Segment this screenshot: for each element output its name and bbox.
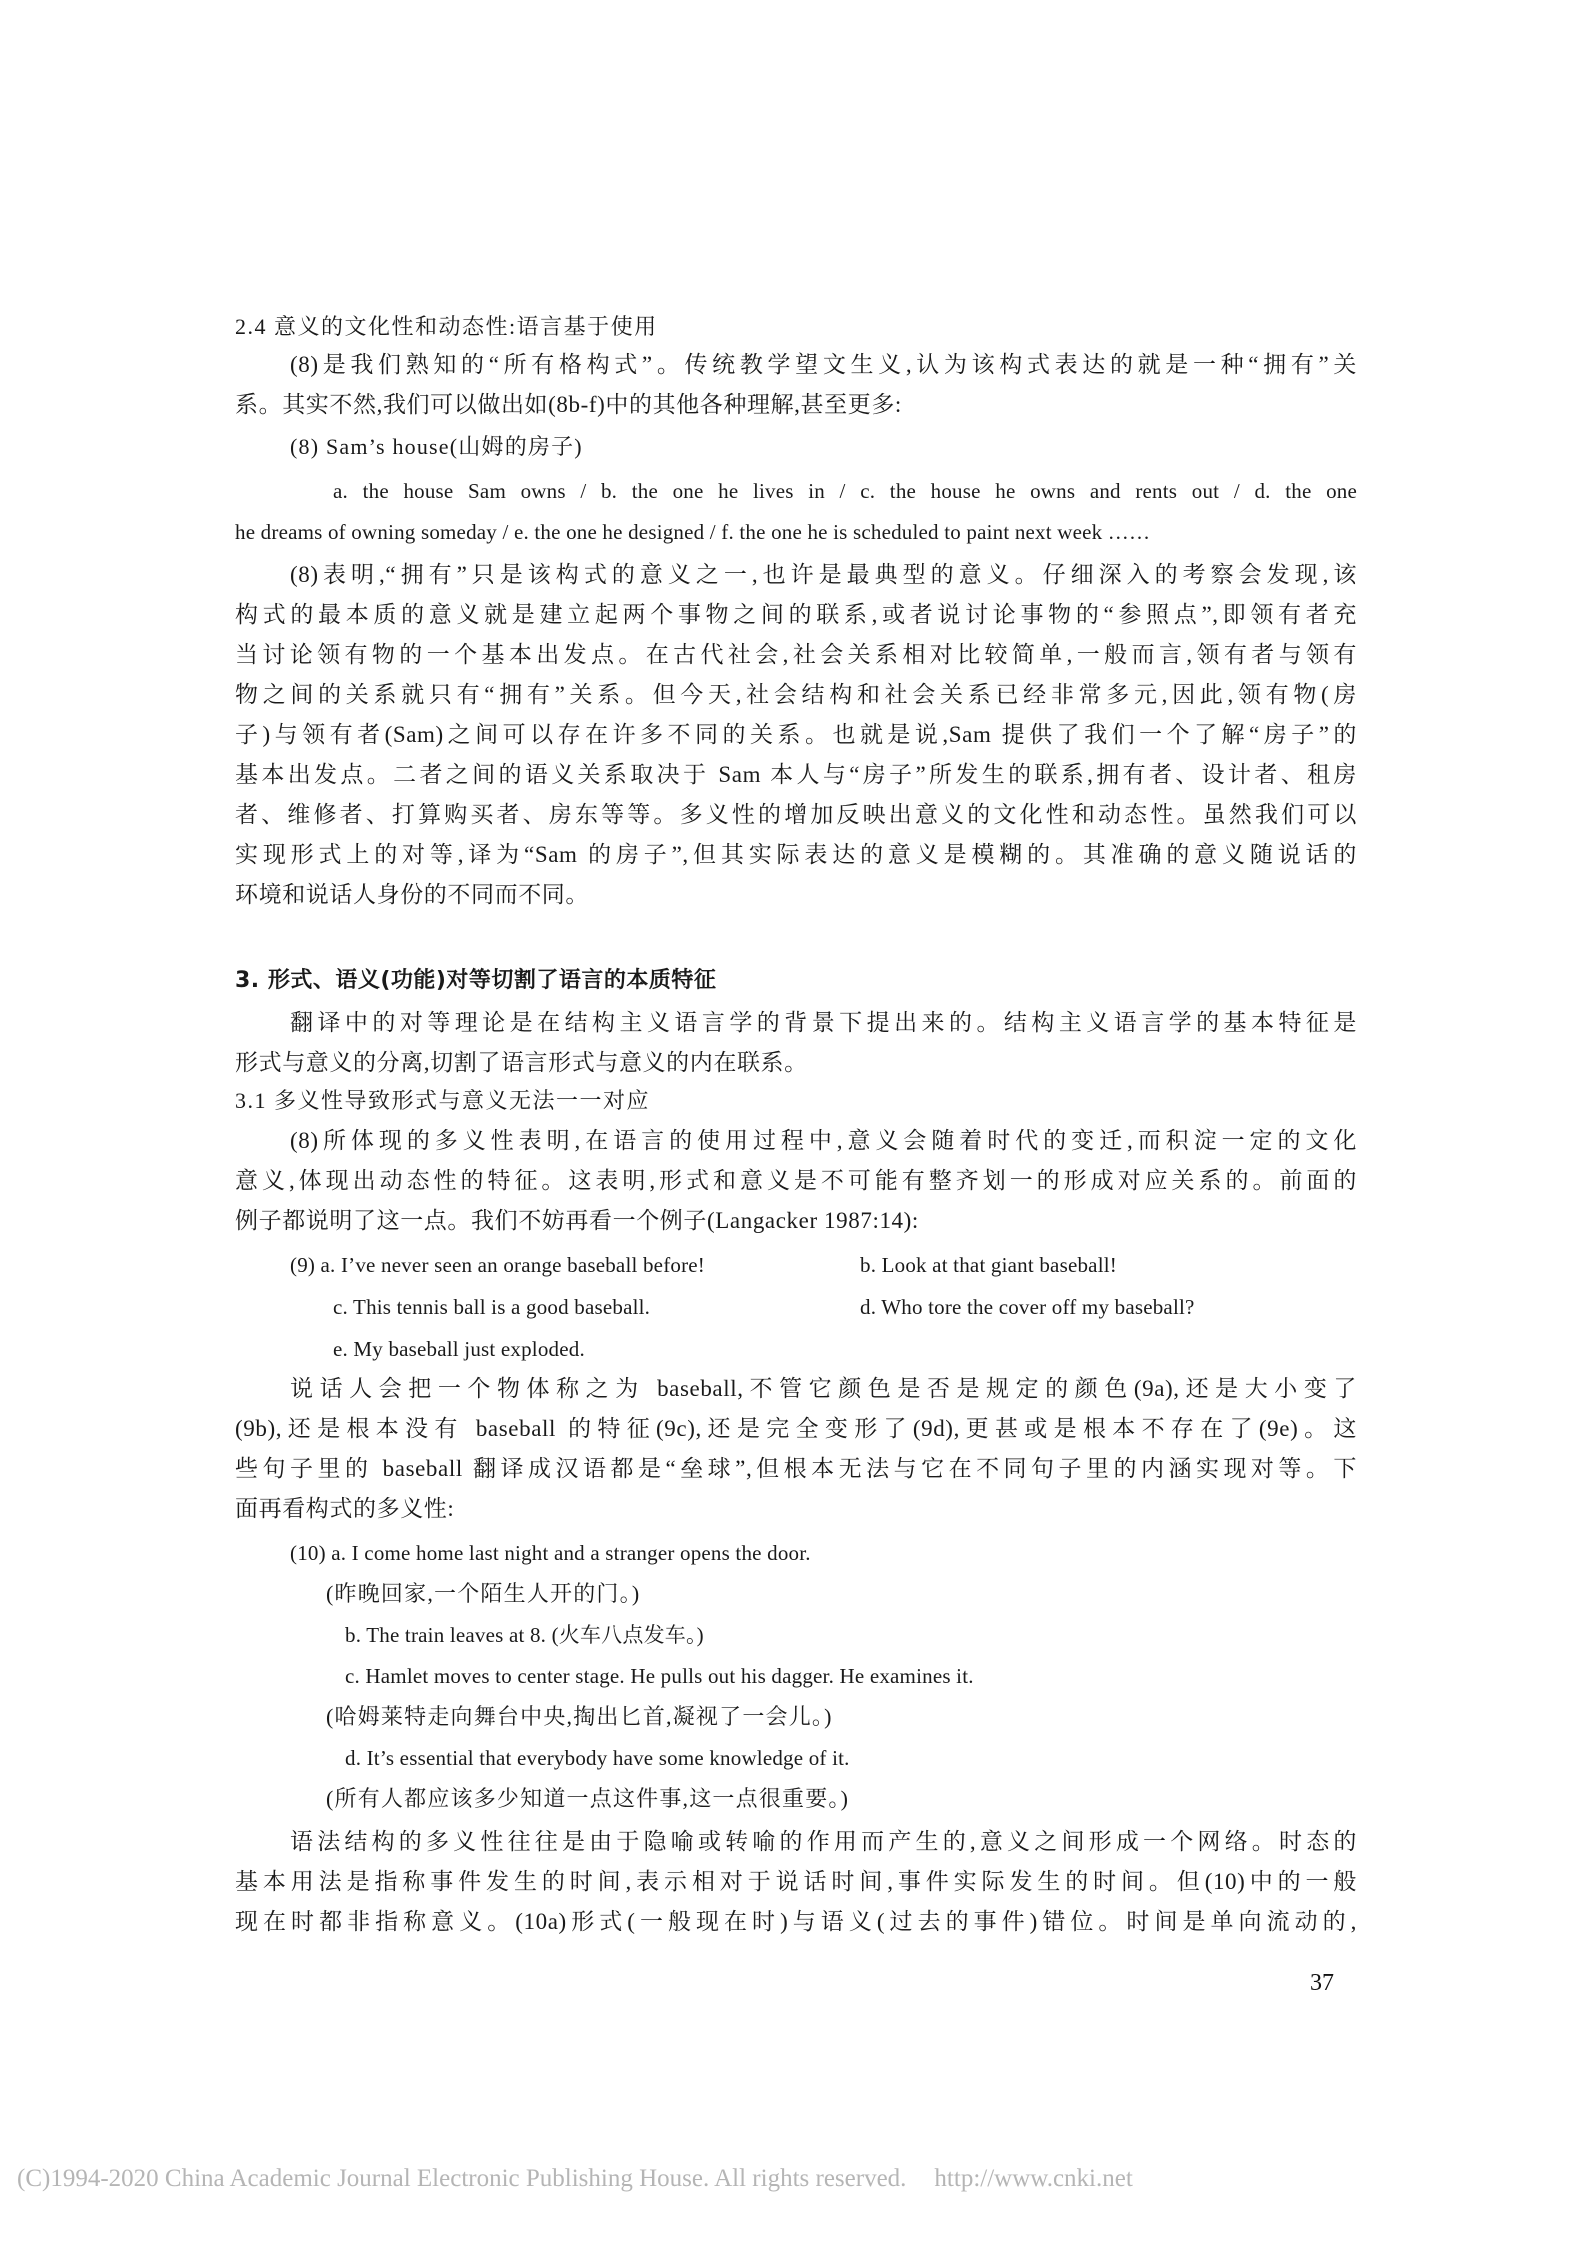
paragraph-line: 说话人会把一个物体称之为 baseball,不管它颜色是否是规定的颜色(9a),… [290, 1374, 1357, 1404]
paragraph-line: (8)表明,“拥有”只是该构式的意义之一,也许是最典型的意义。仔细深入的考察会发… [290, 560, 1357, 590]
paragraph-line: 意义,体现出动态性的特征。这表明,形式和意义是不可能有整齐划一的形成对应关系的。… [235, 1166, 1357, 1196]
journal-page: 2.4 意义的文化性和动态性:语言基于使用 (8)是我们熟知的“所有格构式”。传… [0, 0, 1587, 2245]
example-9b: b. Look at that giant baseball! [860, 1250, 1117, 1280]
paragraph-line: (8)所体现的多义性表明,在语言的使用过程中,意义会随着时代的变迁,而积淀一定的… [290, 1126, 1357, 1156]
footer-url: http://www.cnki.net [934, 2165, 1132, 2192]
paragraph-line: 形式与意义的分离,切割了语言形式与意义的内在联系。 [235, 1048, 1357, 1078]
paragraph-line: 环境和说话人身份的不同而不同。 [235, 880, 1357, 910]
paragraph-line: 者、维修者、打算购买者、房东等等。多义性的增加反映出意义的文化性和动态性。虽然我… [235, 800, 1357, 830]
paragraph-line: 子)与领有者(Sam)之间可以存在许多不同的关系。也就是说,Sam 提供了我们一… [235, 720, 1357, 750]
example-9a: (9) a. I’ve never seen an orange basebal… [290, 1253, 705, 1277]
example-10a-en: (10) a. I come home last night and a str… [290, 1538, 1357, 1568]
example-8-line: a. the house Sam owns / b. the one he li… [333, 476, 1357, 506]
example-9c: c. This tennis ball is a good baseball. [333, 1295, 650, 1319]
paragraph-line: (8)是我们熟知的“所有格构式”。传统教学望文生义,认为该构式表达的就是一种“拥… [290, 350, 1357, 380]
example-9d: d. Who tore the cover off my baseball? [860, 1292, 1195, 1322]
page-number: 37 [1310, 1968, 1334, 1998]
paragraph-line: 构式的最本质的意义就是建立起两个事物之间的联系,或者说讨论事物的“参照点”,即领… [235, 600, 1357, 630]
paragraph-line: 当讨论领有物的一个基本出发点。在古代社会,社会关系相对比较简单,一般而言,领有者… [235, 640, 1357, 670]
paragraph-line: 基本用法是指称事件发生的时间,表示相对于说话时间,事件实际发生的时间。但(10)… [235, 1867, 1357, 1897]
copyright-text: (C)1994-2020 China Academic Journal Elec… [17, 2165, 906, 2192]
paragraph-line: 些句子里的 baseball 翻译成汉语都是“垒球”,但根本无法与它在不同句子里… [235, 1454, 1357, 1484]
section-heading-3-1: 3.1 多义性导致形式与意义无法一一对应 [235, 1086, 1357, 1116]
section-heading-2-4: 2.4 意义的文化性和动态性:语言基于使用 [235, 312, 1357, 342]
paragraph-line: 例子都说明了这一点。我们不妨再看一个例子(Langacker 1987:14): [235, 1206, 1357, 1236]
paragraph-line: 实现形式上的对等,译为“Sam 的房子”,但其实际表达的意义是模糊的。其准确的意… [235, 840, 1357, 870]
paragraph-line: 物之间的关系就只有“拥有”关系。但今天,社会结构和社会关系已经非常多元,因此,领… [235, 680, 1357, 710]
example-10d-zh: (所有人都应该多少知道一点这件事,这一点很重要。) [326, 1784, 1448, 1814]
copyright-footer: (C)1994-2020 China Academic Journal Elec… [17, 2163, 1133, 2195]
example-9-row: (9) a. I’ve never seen an orange basebal… [290, 1250, 1357, 1280]
paragraph-line: (9b),还是根本没有 baseball 的特征(9c),还是完全变形了(9d)… [235, 1414, 1357, 1444]
paragraph-line: 系。其实不然,我们可以做出如(8b-f)中的其他各种理解,甚至更多: [235, 390, 1357, 420]
example-9e: e. My baseball just exploded. [333, 1334, 1357, 1364]
example-10a-zh: (昨晚回家,一个陌生人开的门。) [326, 1579, 1448, 1609]
example-8-line: he dreams of owning someday / e. the one… [235, 517, 1357, 547]
example-10c-zh: (哈姆莱特走向舞台中央,掏出匕首,凝视了一会儿。) [326, 1702, 1448, 1732]
paragraph-line: 现在时都非指称意义。(10a)形式(一般现在时)与语义(过去的事件)错位。时间是… [235, 1907, 1357, 1937]
section-heading-3: 3. 形式、语义(功能)对等切割了语言的本质特征 [235, 966, 1357, 996]
example-10c-en: c. Hamlet moves to center stage. He pull… [345, 1661, 1467, 1691]
example-8-label: (8) Sam’s house(山姆的房子) [290, 432, 1357, 462]
paragraph-line: 基本出发点。二者之间的语义关系取决于 Sam 本人与“房子”所发生的联系,拥有者… [235, 760, 1357, 790]
example-10b: b. The train leaves at 8. (火车八点发车。) [345, 1620, 1467, 1650]
paragraph-line: 面再看构式的多义性: [235, 1494, 1357, 1524]
example-9-row: c. This tennis ball is a good baseball. … [333, 1292, 1357, 1322]
paragraph-line: 语法结构的多义性往往是由于隐喻或转喻的作用而产生的,意义之间形成一个网络。时态的 [290, 1827, 1357, 1857]
paragraph-line: 翻译中的对等理论是在结构主义语言学的背景下提出来的。结构主义语言学的基本特征是 [290, 1008, 1357, 1038]
example-10d-en: d. It’s essential that everybody have so… [345, 1743, 1467, 1773]
